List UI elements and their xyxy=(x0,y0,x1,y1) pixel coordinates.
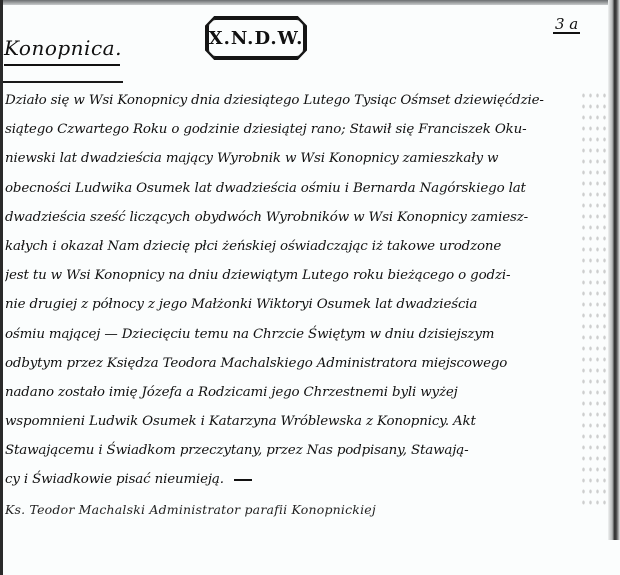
record-line: odbytym przez Księdza Teodora Machalskie… xyxy=(5,349,605,378)
priest-signature: Ks. Teodor Machalski Administrator paraf… xyxy=(5,495,605,524)
page-number: 3 a xyxy=(553,16,580,34)
record-line: obecności Ludwika Osumek lat dwadzieścia… xyxy=(5,174,605,203)
archive-stamp: X.N.D.W. xyxy=(207,18,305,58)
record-line: wspomnieni Ludwik Osumek i Katarzyna Wró… xyxy=(5,407,605,436)
record-line: nadano zostało imię Józefa a Rodzicami j… xyxy=(5,378,605,407)
scan-edge-left xyxy=(0,0,3,575)
record-line: ośmiu mającej — Dziecięciu temu na Chrzc… xyxy=(5,320,605,349)
record-line: niewski lat dwadzieścia mający Wyrobnik … xyxy=(5,144,605,173)
heading-underline xyxy=(4,64,120,66)
record-line: Działo się w Wsi Konopnicy dnia dziesiąt… xyxy=(5,86,605,115)
scanned-document-page: Konopnica. X.N.D.W. 3 a Działo się w Wsi… xyxy=(0,0,620,575)
record-line-text: cy i Świadkowie pisać nieumieją. xyxy=(5,472,224,487)
record-line: nie drugiej z północy z jego Małżonki Wi… xyxy=(5,290,605,319)
record-line: jest tu w Wsi Konopnicy na dniu dziewiąt… xyxy=(5,261,605,290)
record-line: siątego Czwartego Roku o godzinie dziesi… xyxy=(5,115,605,144)
heading-rule xyxy=(3,81,123,83)
record-line: kałych i okazał Nam dziecię płci żeńskie… xyxy=(5,232,605,261)
document-heading: Konopnica. xyxy=(4,36,122,60)
record-body: Działo się w Wsi Konopnicy dnia dziesiąt… xyxy=(5,86,605,524)
record-line: Stawającemu i Świadkom przeczytany, prze… xyxy=(5,436,605,465)
record-line: cy i Świadkowie pisać nieumieją. xyxy=(5,465,605,494)
scan-edge-top xyxy=(0,0,620,5)
record-line: dwadzieścia sześć liczących obydwóch Wyr… xyxy=(5,203,605,232)
closing-dash xyxy=(234,479,252,481)
